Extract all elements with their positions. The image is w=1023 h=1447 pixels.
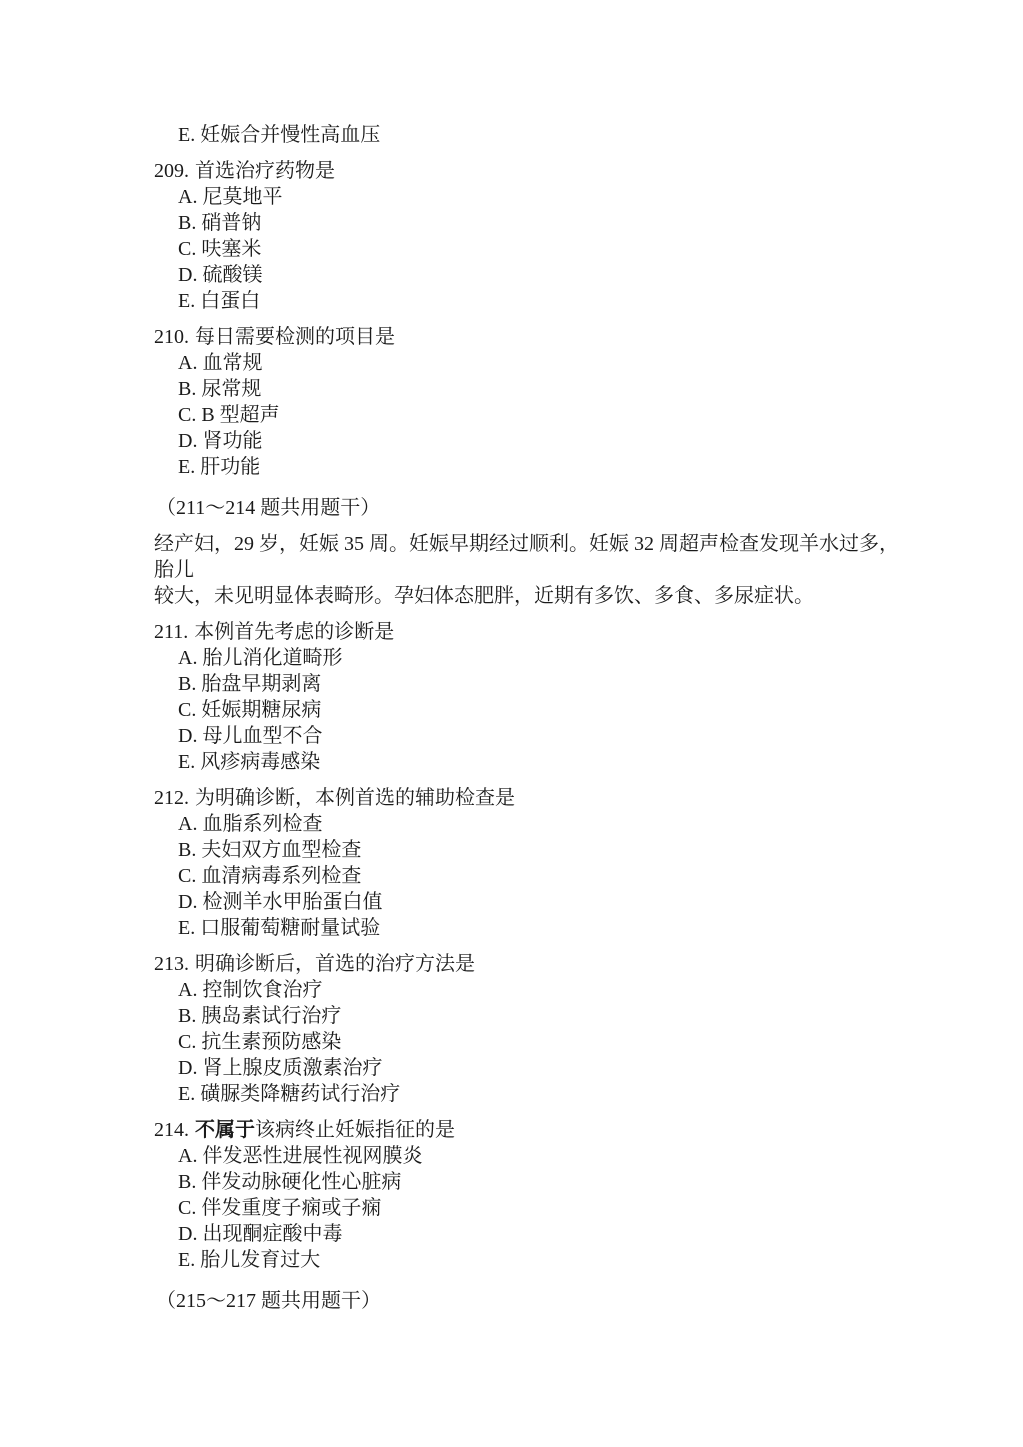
- question-212-stem: 212.为明确诊断，本例首选的辅助检查是: [154, 785, 903, 811]
- question-214-number: 214.: [154, 1119, 189, 1141]
- case-stem-line-2: 较大，未见明显体表畸形。孕妇体态肥胖，近期有多饮、多食、多尿症状。: [154, 583, 903, 609]
- question-214-option-b: B. 伴发动脉硬化性心脏病: [154, 1169, 903, 1195]
- question-210-option-d: D. 肾功能: [154, 428, 903, 454]
- question-213-option-d: D. 肾上腺皮质激素治疗: [154, 1055, 903, 1081]
- question-214-stem-text: 该病终止妊娠指征的是: [255, 1119, 455, 1141]
- question-210-stem-text: 每日需要检测的项目是: [195, 326, 395, 348]
- question-211-option-a: A. 胎儿消化道畸形: [154, 645, 903, 671]
- question-214-stem: 214.不属于该病终止妊娠指征的是: [154, 1117, 903, 1143]
- question-210-number: 210.: [154, 326, 189, 348]
- question-213-stem-text: 明确诊断后，首选的治疗方法是: [195, 953, 475, 975]
- orphan-option-e: E. 妊娠合并慢性高血压: [154, 122, 903, 148]
- question-212-option-a: A. 血脂系列检查: [154, 811, 903, 837]
- question-214-stem-bold: 不属于: [195, 1119, 255, 1141]
- question-209-option-e: E. 白蛋白: [154, 288, 903, 314]
- case-stem-line-1: 经产妇，29 岁，妊娠 35 周。妊娠早期经过顺利。妊娠 32 周超声检查发现羊…: [154, 531, 903, 583]
- question-212-option-b: B. 夫妇双方血型检查: [154, 837, 903, 863]
- question-213-option-e: E. 磺脲类降糖药试行治疗: [154, 1081, 903, 1107]
- question-210-option-b: B. 尿常规: [154, 376, 903, 402]
- question-214-option-a: A. 伴发恶性进展性视网膜炎: [154, 1143, 903, 1169]
- question-211-stem: 211.本例首先考虑的诊断是: [154, 619, 903, 645]
- question-214-option-c: C. 伴发重度子痫或子痫: [154, 1195, 903, 1221]
- question-211-option-b: B. 胎盘早期剥离: [154, 671, 903, 697]
- question-212: 212.为明确诊断，本例首选的辅助检查是 A. 血脂系列检查 B. 夫妇双方血型…: [154, 785, 903, 941]
- question-209-option-d: D. 硫酸镁: [154, 262, 903, 288]
- question-211-stem-text: 本例首先考虑的诊断是: [194, 621, 394, 643]
- question-209-number: 209.: [154, 160, 189, 182]
- question-212-option-c: C. 血清病毒系列检查: [154, 863, 903, 889]
- question-211-option-d: D. 母儿血型不合: [154, 723, 903, 749]
- question-214: 214.不属于该病终止妊娠指征的是 A. 伴发恶性进展性视网膜炎 B. 伴发动脉…: [154, 1117, 903, 1273]
- question-211: 211.本例首先考虑的诊断是 A. 胎儿消化道畸形 B. 胎盘早期剥离 C. 妊…: [154, 619, 903, 775]
- question-213-option-a: A. 控制饮食治疗: [154, 977, 903, 1003]
- question-213-stem: 213.明确诊断后，首选的治疗方法是: [154, 951, 903, 977]
- group-header-215-217: （215～217 题共用题干）: [154, 1288, 903, 1314]
- question-212-option-e: E. 口服葡萄糖耐量试验: [154, 915, 903, 941]
- question-214-option-d: D. 出现酮症酸中毒: [154, 1221, 903, 1247]
- question-213-option-c: C. 抗生素预防感染: [154, 1029, 903, 1055]
- question-211-option-c: C. 妊娠期糖尿病: [154, 697, 903, 723]
- group-header-211-214: （211～214 题共用题干）: [154, 495, 903, 521]
- question-211-option-e: E. 风疹病毒感染: [154, 749, 903, 775]
- question-212-option-d: D. 检测羊水甲胎蛋白值: [154, 889, 903, 915]
- question-210-option-c: C. B 型超声: [154, 402, 903, 428]
- question-213: 213.明确诊断后，首选的治疗方法是 A. 控制饮食治疗 B. 胰岛素试行治疗 …: [154, 951, 903, 1107]
- question-209-stem-text: 首选治疗药物是: [195, 160, 335, 182]
- question-209-option-b: B. 硝普钠: [154, 210, 903, 236]
- question-211-number: 211.: [154, 621, 188, 643]
- exam-document-page: E. 妊娠合并慢性高血压 209.首选治疗药物是 A. 尼莫地平 B. 硝普钠 …: [154, 122, 903, 1314]
- question-210-option-e: E. 肝功能: [154, 454, 903, 480]
- question-210-option-a: A. 血常规: [154, 350, 903, 376]
- question-209-stem: 209.首选治疗药物是: [154, 158, 903, 184]
- question-209-option-c: C. 呋塞米: [154, 236, 903, 262]
- question-210-stem: 210.每日需要检测的项目是: [154, 324, 903, 350]
- case-stem-211-214: 经产妇，29 岁，妊娠 35 周。妊娠早期经过顺利。妊娠 32 周超声检查发现羊…: [154, 531, 903, 609]
- question-209-option-a: A. 尼莫地平: [154, 184, 903, 210]
- question-214-option-e: E. 胎儿发育过大: [154, 1247, 903, 1273]
- question-210: 210.每日需要检测的项目是 A. 血常规 B. 尿常规 C. B 型超声 D.…: [154, 324, 903, 480]
- question-213-option-b: B. 胰岛素试行治疗: [154, 1003, 903, 1029]
- question-212-stem-text: 为明确诊断，本例首选的辅助检查是: [195, 787, 515, 809]
- question-209: 209.首选治疗药物是 A. 尼莫地平 B. 硝普钠 C. 呋塞米 D. 硫酸镁…: [154, 158, 903, 314]
- question-212-number: 212.: [154, 787, 189, 809]
- question-213-number: 213.: [154, 953, 189, 975]
